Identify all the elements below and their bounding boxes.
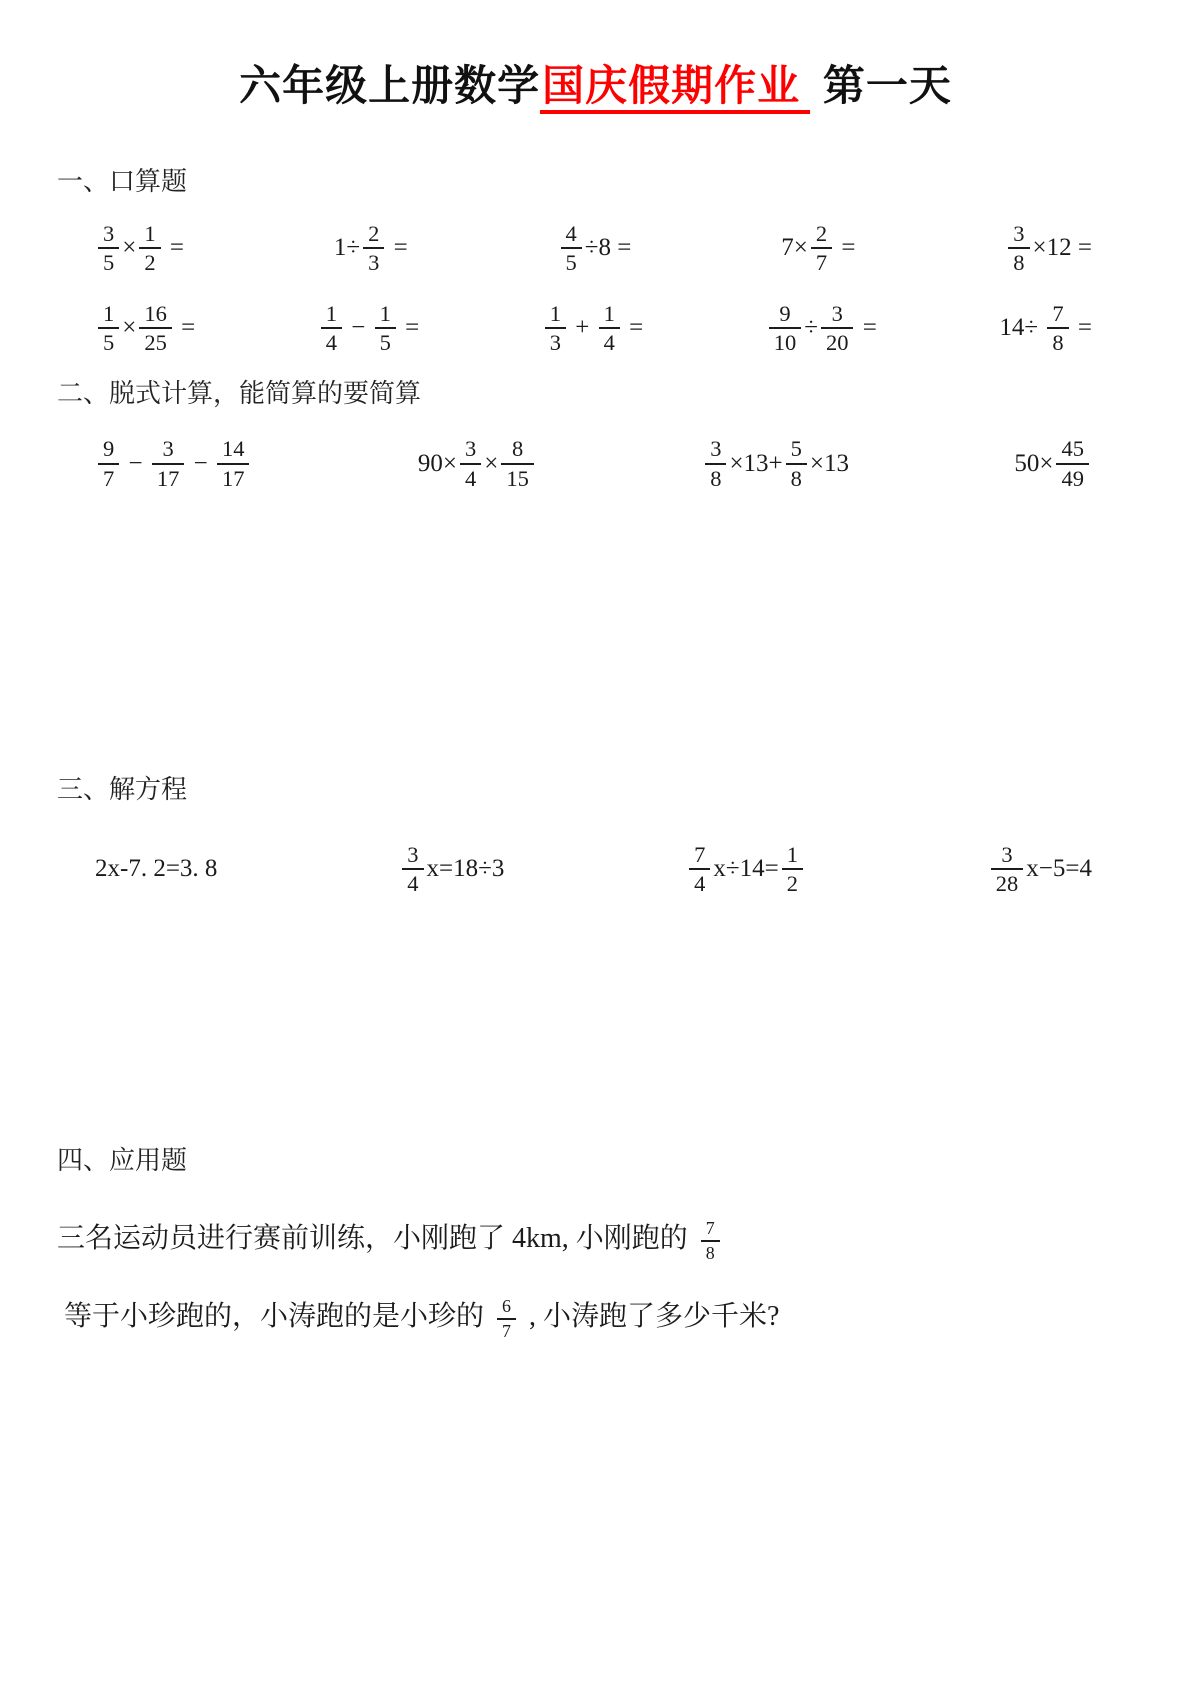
worksheet-title: 六年级上册数学国庆假期作业 第一天 [57, 62, 1134, 109]
math-text: = [856, 314, 876, 342]
equation-problems: 2x-7. 2=3. 834x=18÷374x÷14=12328x−5=4 [57, 836, 1134, 902]
fraction-numerator: 3 [1008, 221, 1029, 247]
fraction: 78 [701, 1218, 720, 1263]
section-solve-equations: 三、解方程 2x-7. 2=3. 834x=18÷374x÷14=12328x−… [57, 773, 1134, 903]
fraction: 45 [561, 221, 582, 275]
fraction-denominator: 8 [705, 463, 726, 491]
fraction-numerator: 1 [375, 301, 396, 327]
problem-row: 2x-7. 2=3. 834x=18÷374x÷14=12328x−5=4 [57, 836, 1134, 902]
fraction-numerator: 1 [98, 301, 119, 327]
fraction-numerator: 45 [1056, 436, 1089, 462]
section-heading-oral: 一、口算题 [57, 165, 1134, 199]
fraction-numerator: 6 [497, 1296, 516, 1318]
fraction: 67 [497, 1296, 516, 1341]
fraction: 14 [321, 301, 342, 355]
math-text: = [835, 234, 855, 262]
fraction-numerator: 5 [786, 436, 807, 462]
fraction: 328 [991, 842, 1024, 896]
fraction-denominator: 4 [599, 327, 620, 355]
math-problem: 45÷8 = [558, 221, 632, 275]
fraction-numerator: 3 [705, 436, 726, 462]
title-highlight: 国庆假期作业 [540, 62, 810, 114]
math-problem: 328x−5=4 [988, 842, 1092, 896]
fraction: 38 [1008, 221, 1029, 275]
fraction-numerator: 7 [1047, 301, 1068, 327]
fraction-denominator: 5 [375, 327, 396, 355]
math-text: = [399, 314, 419, 342]
fraction: 34 [460, 436, 481, 490]
math-problem: 2x-7. 2=3. 8 [95, 855, 217, 883]
fraction-numerator: 3 [460, 436, 481, 462]
fraction-numerator: 2 [811, 221, 832, 247]
fraction: 1625 [139, 301, 172, 355]
math-text: = [1072, 314, 1092, 342]
fraction-denominator: 28 [991, 868, 1024, 896]
fraction: 97 [98, 436, 119, 490]
math-text: ×13+ [729, 450, 782, 478]
fraction-denominator: 5 [98, 327, 119, 355]
fraction: 27 [811, 221, 832, 275]
math-text: , 小涛跑了多少千米? [522, 1301, 779, 1332]
fraction-denominator: 7 [811, 247, 832, 275]
math-text: = [164, 234, 184, 262]
fraction-numerator: 3 [402, 842, 423, 868]
fraction: 15 [375, 301, 396, 355]
math-problem: 34x=18÷3 [399, 842, 504, 896]
math-text: x=18÷3 [427, 855, 505, 883]
problem-row: 97 − 317 − 141790×34×81538×13+58×1350×45… [57, 431, 1134, 497]
fraction-numerator: 1 [782, 842, 803, 868]
section-heading-stepwise: 二、脱式计算，能简算的要简算 [57, 377, 1134, 411]
math-text: + [569, 314, 596, 342]
worksheet-page: 六年级上册数学国庆假期作业 第一天 一、口算题 35×12 =1÷23 =45÷… [0, 0, 1191, 1684]
math-problem: 14 − 15 = [318, 301, 419, 355]
problem-row: 35×12 =1÷23 =45÷8 =7×27 =38×12 = [57, 215, 1134, 281]
math-text: − [122, 450, 149, 478]
fraction: 320 [821, 301, 854, 355]
fraction-denominator: 25 [139, 327, 172, 355]
fraction-numerator: 9 [98, 436, 119, 462]
fraction-denominator: 10 [769, 327, 802, 355]
math-text: ×12 = [1033, 234, 1092, 262]
math-problem: 15×1625 = [95, 301, 195, 355]
math-problem: 97 − 317 − 1417 [95, 436, 252, 490]
fraction-numerator: 4 [561, 221, 582, 247]
fraction-denominator: 5 [561, 247, 582, 275]
math-text: x÷14= [713, 855, 778, 883]
fraction-numerator: 3 [98, 221, 119, 247]
fraction-denominator: 7 [497, 1318, 516, 1342]
word-problem-text: 三名运动员进行赛前训练，小刚跑了 4km, 小刚跑的 78 等于小珍跑的，小涛跑… [57, 1200, 1134, 1356]
fraction: 13 [545, 301, 566, 355]
fraction-numerator: 7 [701, 1218, 720, 1240]
section-heading-word-problem: 四、应用题 [57, 1144, 1134, 1178]
math-text: ÷8 = [585, 234, 632, 262]
fraction-denominator: 17 [217, 463, 250, 491]
fraction: 15 [98, 301, 119, 355]
fraction-denominator: 8 [786, 463, 807, 491]
oral-problems: 35×12 =1÷23 =45÷8 =7×27 =38×12 =15×1625 … [57, 215, 1134, 361]
math-text: x−5=4 [1026, 855, 1092, 883]
fraction: 12 [139, 221, 160, 275]
title-prefix: 六年级上册数学 [239, 62, 540, 109]
math-problem: 910÷320 = [766, 301, 877, 355]
section-stepwise-calculation: 二、脱式计算，能简算的要简算 97 − 317 − 141790×34×8153… [57, 377, 1134, 497]
math-text: = [387, 234, 407, 262]
fraction-numerator: 3 [157, 436, 178, 462]
fraction-denominator: 7 [98, 463, 119, 491]
fraction-numerator: 3 [827, 301, 848, 327]
fraction-denominator: 4 [460, 463, 481, 491]
math-text: 7× [781, 234, 808, 262]
fraction-numerator: 9 [774, 301, 795, 327]
fraction: 815 [501, 436, 534, 490]
fraction-numerator: 14 [217, 436, 250, 462]
fraction: 12 [782, 842, 803, 896]
fraction: 74 [689, 842, 710, 896]
fraction-numerator: 1 [321, 301, 342, 327]
math-problem: 1÷23 = [334, 221, 408, 275]
fraction: 4549 [1056, 436, 1089, 490]
math-text: ×13 [810, 450, 849, 478]
math-text: × [484, 450, 498, 478]
math-text: 2x-7. 2=3. 8 [95, 855, 217, 883]
math-text: − [345, 314, 372, 342]
math-text: 三名运动员进行赛前训练，小刚跑了 4km, 小刚跑的 [57, 1223, 695, 1254]
fraction-numerator: 1 [599, 301, 620, 327]
math-text: × [122, 314, 136, 342]
math-text: = [623, 314, 643, 342]
fraction-denominator: 5 [98, 247, 119, 275]
fraction-denominator: 2 [139, 247, 160, 275]
fraction: 78 [1047, 301, 1068, 355]
fraction-numerator: 7 [689, 842, 710, 868]
fraction-numerator: 2 [363, 221, 384, 247]
fraction-denominator: 4 [689, 868, 710, 896]
fraction: 1417 [217, 436, 250, 490]
math-text: = [175, 314, 195, 342]
section-oral-calculation: 一、口算题 35×12 =1÷23 =45÷8 =7×27 =38×12 =15… [57, 165, 1134, 361]
fraction: 58 [786, 436, 807, 490]
fraction: 38 [705, 436, 726, 490]
fraction-numerator: 3 [996, 842, 1017, 868]
fraction-numerator: 16 [139, 301, 172, 327]
fraction: 14 [599, 301, 620, 355]
fraction-denominator: 8 [1008, 247, 1029, 275]
fraction: 34 [402, 842, 423, 896]
fraction-denominator: 2 [782, 868, 803, 896]
math-text: ÷ [804, 314, 818, 342]
math-problem: 14÷ 78 = [999, 301, 1092, 355]
fraction-numerator: 1 [139, 221, 160, 247]
fraction-denominator: 17 [152, 463, 185, 491]
math-text: 1÷ [334, 234, 360, 262]
fraction-denominator: 4 [321, 327, 342, 355]
fraction-denominator: 15 [501, 463, 534, 491]
math-text: 等于小珍跑的，小涛跑的是小珍的 [57, 1301, 491, 1332]
math-text: − [187, 450, 214, 478]
math-problem: 38×13+58×13 [702, 436, 849, 490]
fraction-numerator: 1 [545, 301, 566, 327]
title-suffix: 第一天 [810, 62, 952, 109]
math-text: 14÷ [999, 314, 1044, 342]
fraction: 910 [769, 301, 802, 355]
math-problem: 38×12 = [1005, 221, 1092, 275]
math-problem: 50×4549 [1014, 436, 1092, 490]
problem-row: 15×1625 =14 − 15 =13 + 14 =910÷320 =14÷ … [57, 295, 1134, 361]
math-problem: 13 + 14 = [542, 301, 643, 355]
math-text: 90× [418, 450, 457, 478]
section-word-problem: 四、应用题 三名运动员进行赛前训练，小刚跑了 4km, 小刚跑的 78 等于小珍… [57, 1144, 1134, 1356]
math-problem: 7×27 = [781, 221, 855, 275]
math-problem: 35×12 = [95, 221, 184, 275]
fraction-denominator: 49 [1056, 463, 1089, 491]
fraction-denominator: 8 [1047, 327, 1068, 355]
section-heading-equations: 三、解方程 [57, 773, 1134, 807]
fraction-numerator: 8 [507, 436, 528, 462]
fraction-denominator: 20 [821, 327, 854, 355]
fraction: 23 [363, 221, 384, 275]
math-text: × [122, 234, 136, 262]
stepwise-problems: 97 − 317 − 141790×34×81538×13+58×1350×45… [57, 431, 1134, 497]
fraction: 35 [98, 221, 119, 275]
math-problem: 74x÷14=12 [686, 842, 806, 896]
fraction-denominator: 3 [545, 327, 566, 355]
fraction-denominator: 4 [402, 868, 423, 896]
fraction-denominator: 3 [363, 247, 384, 275]
math-text: 50× [1014, 450, 1053, 478]
fraction: 317 [152, 436, 185, 490]
math-problem: 90×34×815 [418, 436, 537, 490]
fraction-denominator: 8 [701, 1240, 720, 1264]
